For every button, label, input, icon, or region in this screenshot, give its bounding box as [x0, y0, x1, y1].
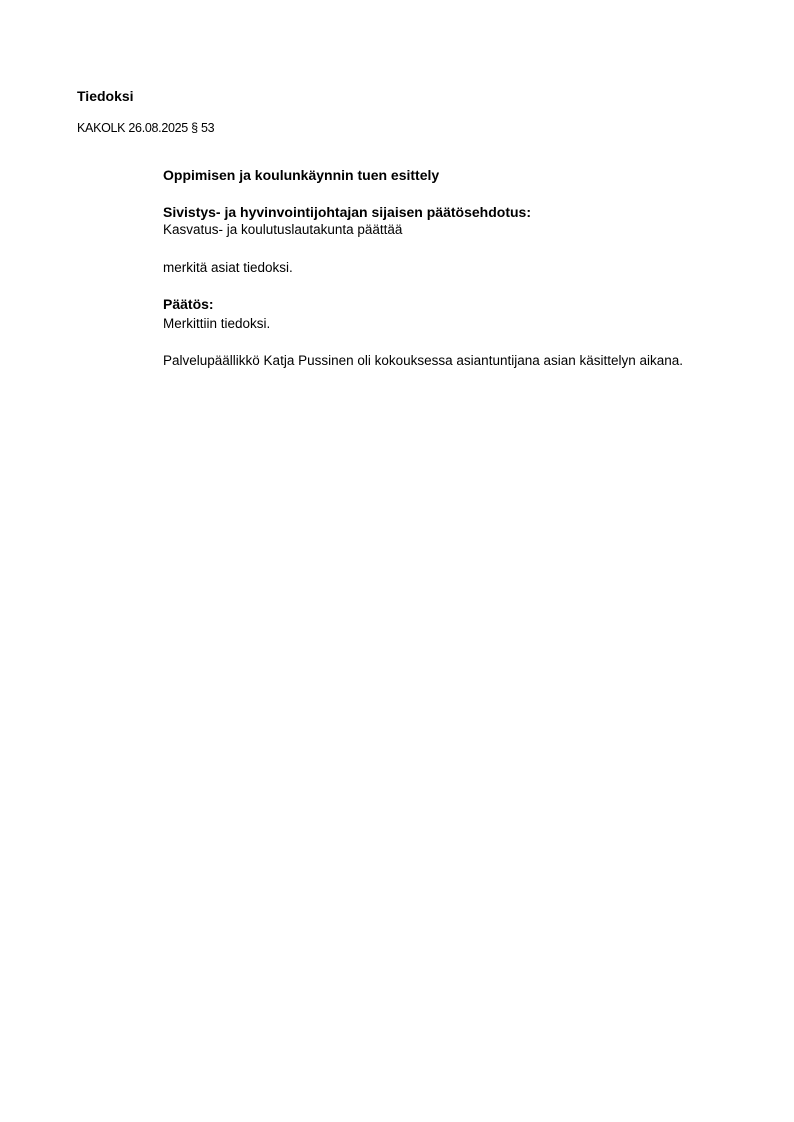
proposal-heading: Sivistys- ja hyvinvointijohtajan sijaise…: [163, 204, 531, 220]
proposal-text: Kasvatus- ja koulutuslautakunta päättää: [163, 222, 402, 237]
attendance-note: Palvelupäällikkö Katja Pussinen oli koko…: [163, 353, 683, 368]
decision-text: Merkittiin tiedoksi.: [163, 316, 270, 331]
meeting-reference: KAKOLK 26.08.2025 § 53: [77, 121, 214, 135]
decision-heading: Päätös:: [163, 296, 214, 312]
proposal-action: merkitä asiat tiedoksi.: [163, 260, 293, 275]
section-heading: Tiedoksi: [77, 88, 134, 104]
item-title: Oppimisen ja koulunkäynnin tuen esittely: [163, 167, 439, 183]
